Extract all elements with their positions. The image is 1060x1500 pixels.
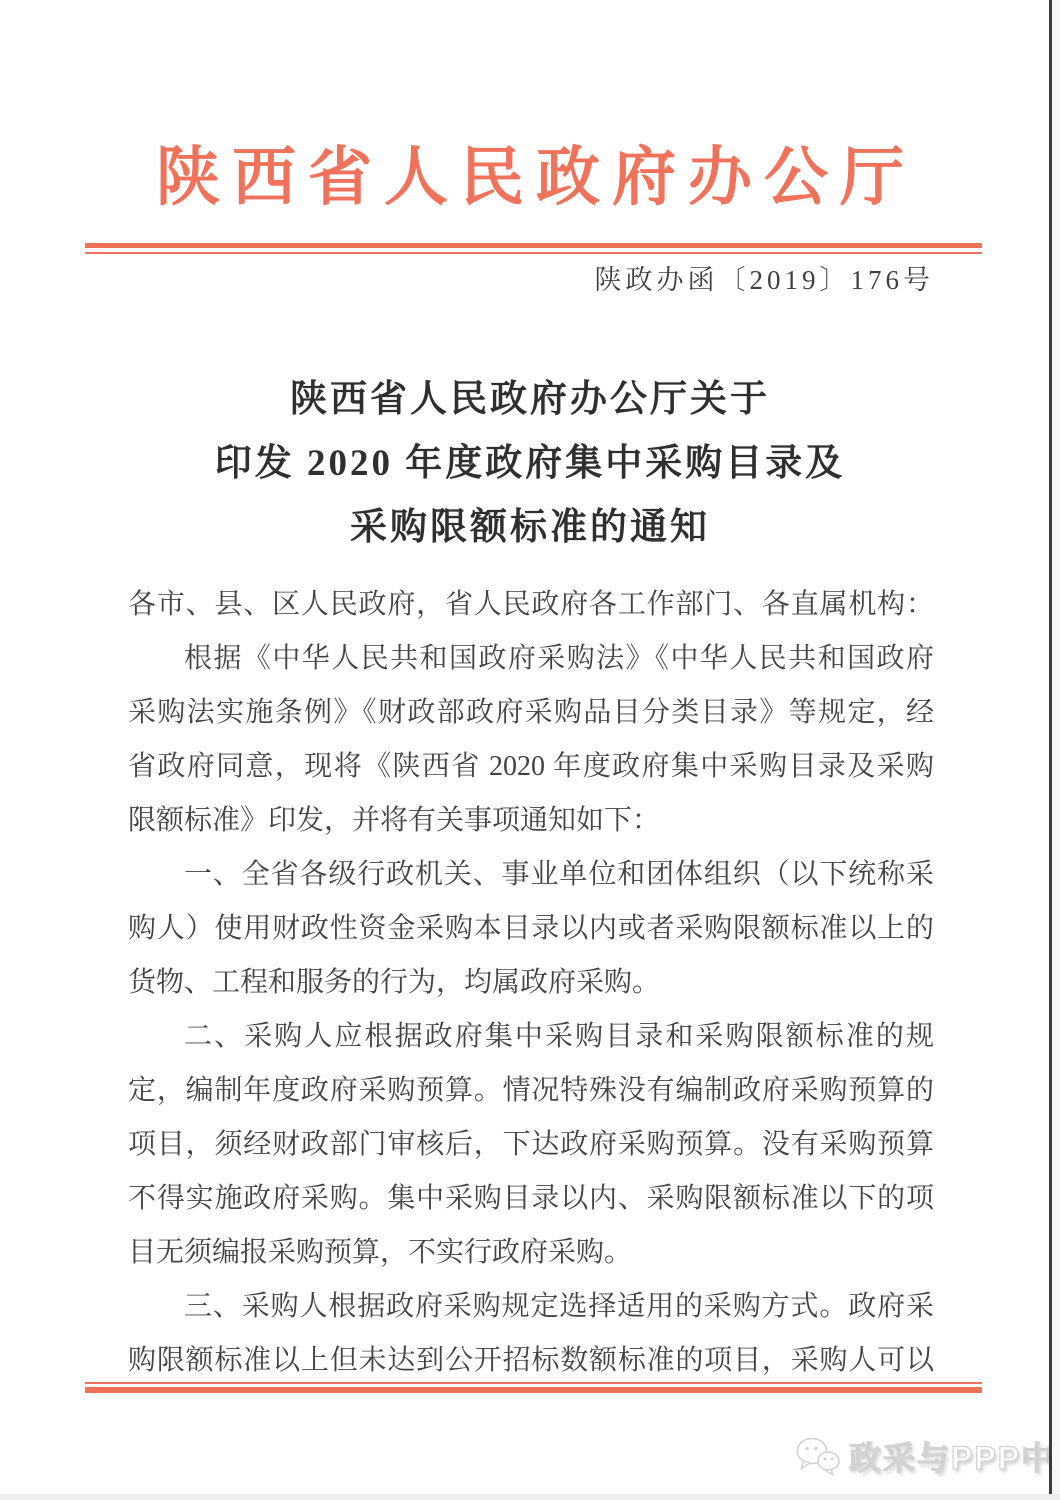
scan-edge-line — [1049, 0, 1052, 1500]
body-line: 购限额标准以上但未达到公开招标数额标准的项目，采购人可以 — [128, 1334, 934, 1388]
scan-edge-bottom — [0, 1494, 1060, 1500]
body-line: 三、采购人根据政府采购规定选择适用的采购方式。政府采 — [128, 1280, 934, 1334]
footer-double-rule — [85, 1382, 982, 1393]
body-line: 项目，须经财政部门审核后，下达政府采购预算。没有采购预算 — [128, 1118, 934, 1172]
letterhead-double-rule — [85, 243, 982, 254]
letterhead-org-name: 陕西省人民政府办公厅 — [0, 138, 1060, 218]
body-line: 购人）使用财政性资金采购本目录以内或者采购限额标准以上的 — [128, 902, 934, 956]
body-line: 限额标准》印发，并将有关事项通知如下： — [128, 794, 934, 848]
doc-number: 陕政办函〔2019〕176号 — [128, 258, 934, 297]
body-line: 省政府同意，现将《陕西省 2020 年度政府集中采购目录及采购 — [128, 740, 934, 794]
body-line: 货物、工程和服务的行为，均属政府采购。 — [128, 956, 934, 1010]
rule-thin-bar — [85, 252, 982, 254]
body-line: 二、采购人应根据政府集中采购目录和采购限额标准的规 — [128, 1010, 934, 1064]
body-line: 根据《中华人民共和国政府采购法》《中华人民共和国政府 — [128, 632, 934, 686]
title-line: 采购限额标准的通知 — [80, 496, 980, 560]
salutation-line: 各市、县、区人民政府，省人民政府各工作部门、各直属机构： — [128, 578, 934, 632]
wechat-icon — [795, 1436, 841, 1476]
rule-thick-bar — [85, 1387, 982, 1393]
document-title: 陕西省人民政府办公厅关于 印发 2020 年度政府集中采购目录及 采购限额标准的… — [80, 368, 980, 560]
document-body: 各市、县、区人民政府，省人民政府各工作部门、各直属机构： 根据《中华人民共和国政… — [128, 578, 934, 1388]
body-line: 目无须编报采购预算，不实行政府采购。 — [128, 1226, 934, 1280]
body-line: 采购法实施条例》《财政部政府采购品目分类目录》等规定，经 — [128, 686, 934, 740]
body-line: 一、全省各级行政机关、事业单位和团体组织（以下统称采 — [128, 848, 934, 902]
body-line: 定，编制年度政府采购预算。情况特殊没有编制政府采购预算的 — [128, 1064, 934, 1118]
watermark-label: 政采与PPP中心 — [849, 1433, 1060, 1479]
scan-edge-right-area — [1052, 0, 1060, 1500]
document-page: 陕西省人民政府办公厅 陕政办函〔2019〕176号 陕西省人民政府办公厅关于 印… — [0, 0, 1060, 1500]
title-line: 陕西省人民政府办公厅关于 — [80, 368, 980, 432]
title-line: 印发 2020 年度政府集中采购目录及 — [80, 432, 980, 496]
watermark-badge: 政采与PPP中心 — [795, 1433, 1060, 1479]
body-line: 不得实施政府采购。集中采购目录以内、采购限额标准以下的项 — [128, 1172, 934, 1226]
